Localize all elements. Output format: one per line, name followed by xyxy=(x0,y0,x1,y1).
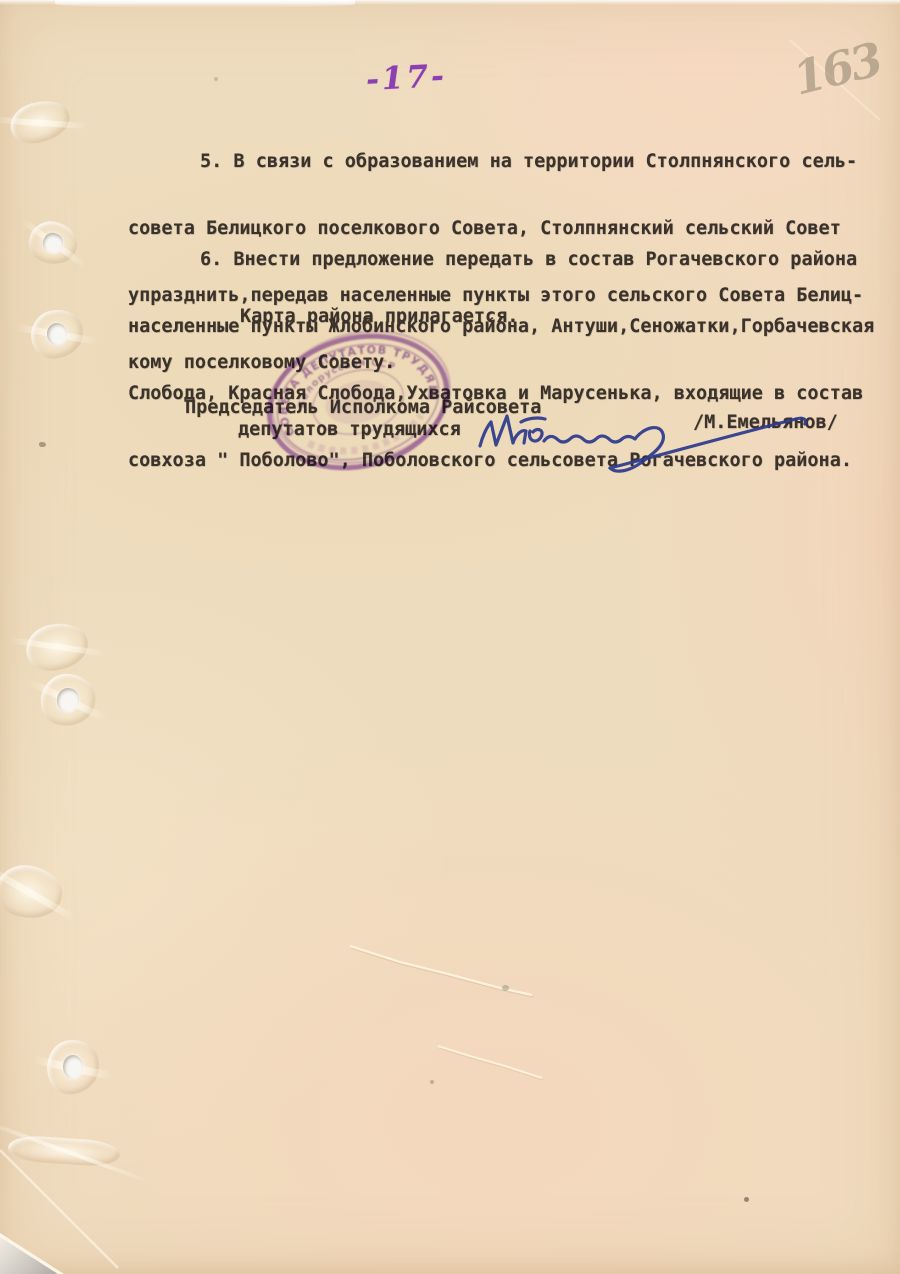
text-line: 5. В связи с образованием на территории … xyxy=(128,151,863,173)
corner-crease-line xyxy=(0,1150,118,1268)
paper-speck xyxy=(430,1080,434,1084)
corner-fold xyxy=(0,1237,58,1274)
paper-speck xyxy=(39,442,46,447)
stamp-lower-arc-faded xyxy=(308,415,425,462)
signature-stroke xyxy=(544,428,663,472)
text-line: 6. Внести предложение передать в состав … xyxy=(128,249,874,271)
paper-speck xyxy=(502,985,509,991)
binding-tear xyxy=(23,620,91,674)
paper-speck xyxy=(744,1197,749,1202)
stamp-center-emblem xyxy=(321,374,395,431)
binding-hole xyxy=(37,670,99,731)
signature-stroke xyxy=(610,418,806,468)
paper-top-edge-highlight xyxy=(55,0,355,8)
binding-hole xyxy=(23,215,82,271)
binding-tear xyxy=(6,96,73,148)
crease-line xyxy=(438,1046,542,1078)
binding-hole xyxy=(45,1038,101,1095)
signature-stroke xyxy=(521,418,545,422)
corner-fold-edge xyxy=(0,1233,64,1274)
document-page: -17- 163 5. В связи с образованием на те… xyxy=(0,0,900,1274)
binding-tear xyxy=(7,1134,121,1168)
crease-shadow xyxy=(439,1048,543,1080)
handwritten-page-number: -17- xyxy=(365,58,448,98)
pencil-archive-number: 163 xyxy=(788,32,886,105)
crease-line xyxy=(350,946,532,995)
binding-tear xyxy=(0,859,67,925)
binding-hole xyxy=(29,307,86,360)
official-stamp: СОВЕТА ДЕПУТАТОВ ТРУДЯЩИХСЯ Белорусская … xyxy=(258,326,458,478)
paper-top-edge xyxy=(0,0,900,5)
signature-stroke xyxy=(529,430,542,441)
handwritten-signature xyxy=(466,398,846,486)
paper-speck xyxy=(214,77,218,81)
crease-shadow xyxy=(351,948,533,997)
signature-stroke xyxy=(480,416,526,446)
